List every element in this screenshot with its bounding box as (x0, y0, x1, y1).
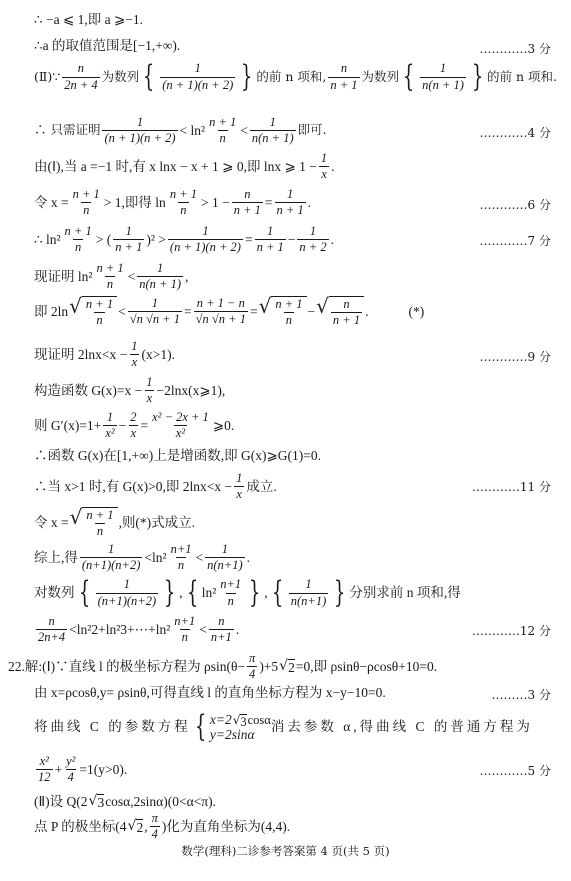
solution-line-23: (Ⅱ)设 Q(2 √3 cosα,2sinα)(0<α<π). (34, 794, 216, 810)
fraction: n+1n (169, 543, 194, 572)
text: 为数列 (362, 71, 400, 84)
text: =1(y>0). (79, 763, 127, 777)
right-brace-icon: } (164, 578, 175, 608)
fraction: n2n + 4 (62, 62, 99, 91)
text: )² > (146, 233, 166, 247)
problem-22-header: 22.解:(Ⅰ)∵直线 l 的极坐标方程为 ρsin(θ− π4 )+5 √2 … (8, 652, 437, 681)
text: 将曲线 C 的参数方程 (34, 720, 191, 734)
fraction: 1n(n + 1) (250, 116, 296, 145)
text: 的前 n 项和, (256, 71, 326, 84)
text: , (144, 820, 147, 834)
radical-icon: √ (128, 819, 137, 835)
left-brace-icon: { (271, 578, 282, 608)
fraction: n2n+4 (36, 615, 67, 644)
text: ⩾0. (213, 419, 234, 433)
score-marker-3: …………3 分 (480, 40, 551, 57)
text: = (245, 233, 253, 247)
fraction: x²12 (36, 755, 53, 784)
fraction: nn+1 (209, 615, 234, 644)
text: 的前 n 项和. (487, 71, 557, 84)
text: . (247, 551, 250, 565)
text: 则 G′(x)=1+ (34, 419, 101, 433)
left-brace-icon: { (195, 712, 206, 742)
sqrt: √3 (89, 794, 105, 810)
solution-line-21: 将曲线 C 的参数方程 { x=2√3cosα y=2sinα 消去参数 α,得… (34, 712, 533, 742)
text: 构造函数 G(x)=x − (34, 384, 142, 398)
score-marker-6: …………6 分 (480, 196, 551, 213)
text: 即 2ln (34, 305, 68, 319)
solution-line-7: ∴ ln² n + 1n > ( 1n + 1 )² > 1(n + 1)(n … (34, 225, 334, 254)
text: > 1 − (201, 196, 230, 210)
text: (Ⅱ)设 Q(2 (34, 795, 88, 809)
solution-line-6: 令 x = n + 1n > 1,即得 ln n + 1n > 1 − nn +… (34, 188, 311, 217)
solution-line-9: 即 2ln √n + 1n < 1 √n √n + 1 = n + 1 − n … (34, 296, 424, 327)
fraction: n + 1n (94, 262, 125, 291)
page-footer: 数学(理科)二诊参考答案第 4 页(共 5 页) (0, 843, 571, 859)
score-marker-3b: ………3 分 (492, 686, 551, 703)
text: )化为直角坐标为(4,4). (162, 820, 290, 834)
text: + (55, 763, 63, 777)
score-marker-5: …………5 分 (480, 762, 551, 779)
sqrt: √n + 1n (69, 296, 117, 327)
fraction: n+1n (172, 615, 197, 644)
fraction: 1x² (103, 411, 116, 440)
fraction: y²4 (64, 755, 77, 784)
left-brace-icon: { (143, 62, 154, 92)
sqrt: √2 (128, 819, 144, 835)
text: − (119, 419, 127, 433)
text: < (128, 270, 136, 284)
text: = (265, 196, 273, 210)
solution-line-8: 现证明 ln² n + 1n < 1n(n + 1) , (34, 262, 188, 291)
solution-line-13: ∴函数 G(x)在[1,+∞)上是增函数,即 G(x)⩾G(1)=0. (34, 449, 321, 463)
equation-system: { x=2√3cosα y=2sinα (191, 712, 271, 742)
part-label: (Ⅱ)∵ (34, 71, 60, 84)
text: 对数列 (34, 586, 75, 600)
text: , (185, 270, 188, 284)
fraction: 1x (144, 376, 154, 405)
fraction: 1n(n+1) (289, 578, 329, 607)
fraction: 1n + 1 (275, 188, 306, 217)
text: 由 x=ρcosθ,y= ρsinθ,可得直线 l 的直角坐标方程为 x−y−1… (34, 686, 386, 700)
text: =0,即 ρsinθ−ρcosθ+10=0. (296, 660, 437, 674)
text: )+5 (259, 660, 278, 674)
radical-icon: √ (69, 296, 82, 327)
text: ∴ ln² (34, 233, 61, 247)
sqrt: √n + 1n (70, 507, 118, 538)
text: ,则(*)式成立. (119, 516, 196, 530)
score-marker-12: …………12 分 (472, 622, 551, 639)
radical-icon: √ (316, 296, 329, 327)
fraction: n + 1n (71, 188, 102, 217)
text: < ln² (180, 124, 206, 138)
text: ∴ 只需证明 (34, 124, 100, 137)
fraction: 2x (128, 411, 138, 440)
fraction: n + 1n (63, 225, 94, 254)
solution-line-20: 由 x=ρcosθ,y= ρsinθ,可得直线 l 的直角坐标方程为 x−y−1… (34, 686, 386, 700)
text: < (199, 623, 207, 637)
score-marker-11: …………11 分 (472, 478, 551, 495)
solution-line-4: ∴ 只需证明 1(n + 1)(n + 2) < ln² n + 1n < 1n… (34, 116, 327, 145)
text: 现证明 2lnx<x − (34, 348, 127, 362)
text: 为数列 (102, 71, 140, 84)
text: < (118, 305, 126, 319)
fraction: 1n + 2 (297, 225, 328, 254)
text: <ln²2+ln²3+⋯+ln² (69, 623, 170, 637)
fraction: 1n(n+1) (205, 543, 245, 572)
sqrt: √n + 1n (259, 296, 307, 327)
fraction: 1x (319, 152, 329, 181)
fraction: 1x (234, 472, 244, 501)
text: <ln² (144, 551, 166, 565)
text: − (308, 305, 316, 319)
fraction: nn + 1 (328, 62, 359, 91)
text: 点 P 的极坐标(4 (34, 820, 127, 834)
text: ∴函数 G(x)在[1,+∞)上是增函数,即 G(x)⩾G(1)=0. (34, 449, 321, 463)
right-brace-icon: } (472, 62, 483, 92)
text: = (140, 419, 148, 433)
fraction: n+1n (218, 578, 243, 607)
text: . (331, 160, 334, 174)
fraction: n + 1 − n √n √n + 1 (194, 297, 248, 326)
math-text: ∴ −a ⩽ 1,即 a ⩾−1. (34, 13, 143, 27)
solution-line-22: x²12 + y²4 =1(y>0). (34, 755, 127, 784)
fraction: n + 1n (207, 116, 238, 145)
score-marker-4: …………4 分 (480, 124, 551, 141)
right-brace-icon: } (241, 62, 252, 92)
fraction: 1 √n √n + 1 (128, 297, 182, 326)
text: = (184, 305, 192, 319)
left-brace-icon: { (78, 578, 89, 608)
right-brace-icon: } (334, 578, 345, 608)
fraction: x² − 2x + 1x² (150, 411, 211, 440)
fraction: π4 (150, 812, 160, 841)
text: = (250, 305, 258, 319)
text: < (240, 124, 248, 138)
text: . (331, 233, 334, 247)
fraction: n + 1n (168, 188, 199, 217)
text: , (179, 586, 182, 600)
fraction: 1n(n + 1) (137, 262, 183, 291)
score-marker-9: …………9 分 (480, 348, 551, 365)
radical-icon: √ (279, 659, 288, 675)
solution-line-14: ∴当 x>1 时,有 G(x)>0,即 2lnx<x − 1x 成立. (34, 472, 277, 501)
text: . (308, 196, 311, 210)
text: ∴当 x>1 时,有 G(x)>0,即 2lnx<x − (34, 480, 232, 494)
radical-icon: √ (70, 507, 83, 538)
solution-line-18: n2n+4 <ln²2+ln²3+⋯+ln² n+1n < nn+1 . (34, 615, 239, 644)
text: < (196, 551, 204, 565)
text: cosα,2sinα)(0<α<π). (105, 795, 216, 809)
score-marker-7: …………7 分 (480, 232, 551, 249)
sqrt: √nn + 1 (316, 296, 364, 327)
text: 令 x = (34, 516, 69, 530)
fraction: 1(n+1)(n+2) (80, 543, 143, 572)
solution-line-1: ∴ −a ⩽ 1,即 a ⩾−1. (34, 13, 143, 27)
fraction: 1(n + 1)(n + 2) (102, 116, 177, 145)
left-brace-icon: { (403, 62, 414, 92)
text: 由(Ⅰ),当 a =−1 时,有 x lnx − x + 1 ⩾ 0,即 lnx… (34, 160, 317, 174)
fraction: 1x (129, 340, 139, 369)
radical-icon: √ (89, 794, 98, 810)
sqrt: √2 (279, 659, 295, 675)
text: 消去参数 α,得曲线 C 的普通方程为 (271, 720, 533, 734)
text: 分别求前 n 项和,得 (349, 586, 460, 600)
text: 成立. (246, 480, 276, 494)
text: . (365, 305, 368, 319)
solution-line-5: 由(Ⅰ),当 a =−1 时,有 x lnx − x + 1 ⩾ 0,即 lnx… (34, 152, 335, 181)
solution-line-15: 令 x = √n + 1n ,则(*)式成立. (34, 507, 195, 538)
text: 令 x = (34, 196, 69, 210)
solution-line-24: 点 P 的极坐标(4 √2 , π4 )化为直角坐标为(4,4). (34, 812, 290, 841)
solution-line-17: 对数列 { 1(n+1)(n+2) } , { ln² n+1n } , { 1… (34, 578, 461, 608)
text: ln² (202, 586, 217, 600)
solution-line-16: 综上,得 1(n+1)(n+2) <ln² n+1n < 1n(n+1) . (34, 543, 250, 572)
fraction: 1n + 1 (113, 225, 144, 254)
text: 即可. (298, 124, 327, 137)
text: 综上,得 (34, 551, 78, 565)
text: (x>1). (141, 348, 174, 362)
text: . (236, 623, 239, 637)
fraction: 1(n + 1)(n + 2) (168, 225, 243, 254)
fraction: 1(n+1)(n+2) (96, 578, 159, 607)
text: 现证明 ln² (34, 270, 92, 284)
solution-line-11: 构造函数 G(x)=x − 1x −2lnx(x⩾1), (34, 376, 225, 405)
text: −2lnx(x⩾1), (156, 384, 225, 398)
text: > 1,即得 ln (104, 196, 166, 210)
solution-line-3: (Ⅱ)∵ n2n + 4 为数列 { 1(n + 1)(n + 2) } 的前 … (34, 62, 557, 92)
math-text: ∴a 的取值范围是[−1,+∞). (34, 39, 180, 53)
text: > ( (96, 233, 111, 247)
text: 22.解:(Ⅰ)∵直线 l 的极坐标方程为 ρsin(θ− (8, 660, 245, 674)
solution-line-2: ∴a 的取值范围是[−1,+∞). (34, 39, 180, 53)
fraction: π4 (247, 652, 257, 681)
fraction: 1(n + 1)(n + 2) (160, 62, 235, 91)
fraction: nn + 1 (232, 188, 263, 217)
radical-icon: √ (259, 296, 272, 327)
solution-line-10: 现证明 2lnx<x − 1x (x>1). (34, 340, 175, 369)
fraction: 1n(n + 1) (420, 62, 466, 91)
equation-tag: (*) (408, 305, 424, 319)
right-brace-icon: } (249, 578, 260, 608)
left-brace-icon: { (186, 578, 197, 608)
fraction: 1n + 1 (255, 225, 286, 254)
text: , (264, 586, 267, 600)
text: − (288, 233, 296, 247)
solution-line-12: 则 G′(x)=1+ 1x² − 2x = x² − 2x + 1x² ⩾0. (34, 411, 234, 440)
